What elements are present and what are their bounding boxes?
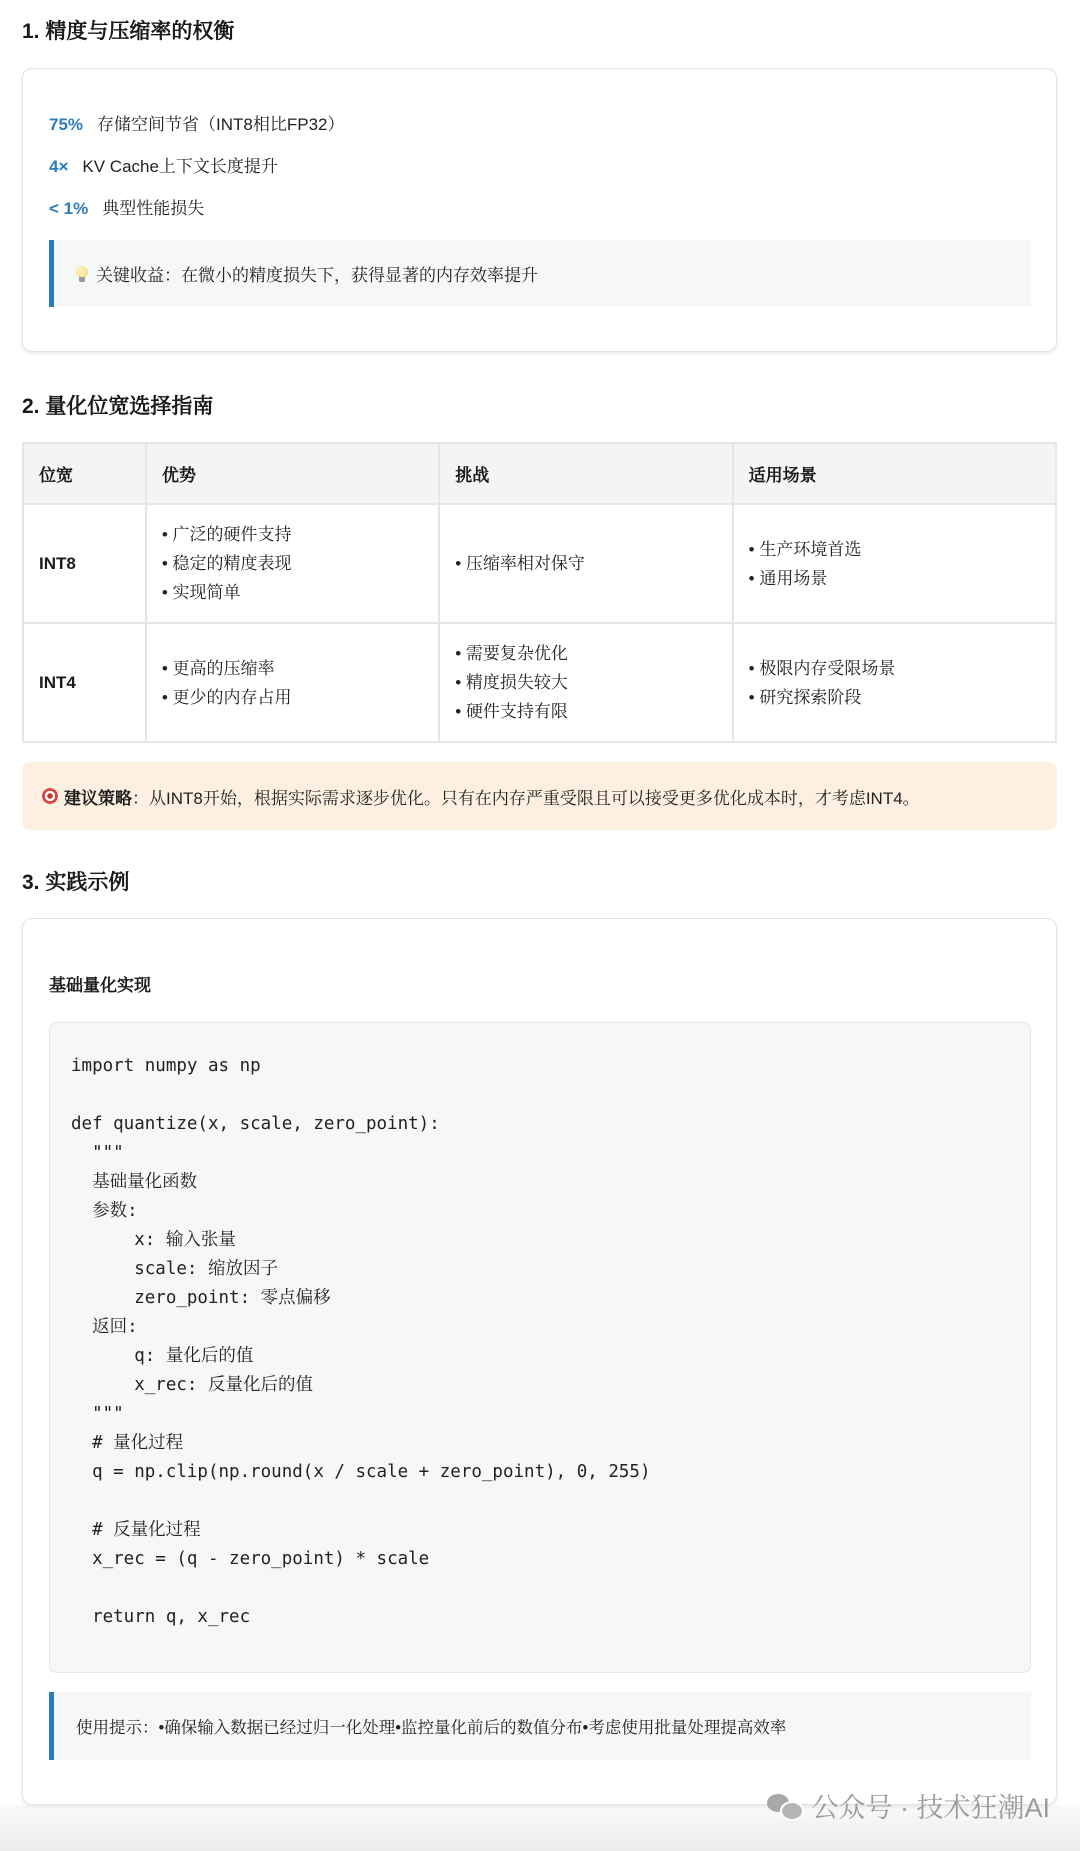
key-benefit-callout: 关键收益：在微小的精度损失下，获得显著的内存效率提升 [49,240,1031,307]
stat-value: 75% [49,115,83,135]
wechat-icon [767,1792,801,1820]
target-icon [42,788,58,804]
column-header: 优势 [146,443,439,504]
stat-value: 4× [49,157,68,177]
list-item: • 更高的压缩率 [162,654,424,683]
list-item: • 精度损失较大 [455,668,717,697]
list-item: • 稳定的精度表现 [162,549,424,578]
scenarios-cell: • 极限内存受限场景 • 研究探索阶段 [733,623,1056,742]
column-header: 适用场景 [733,443,1056,504]
recommendation-text: ：从INT8开始，根据实际需求逐步优化。只有在内存严重受限且可以接受更多优化成本… [132,784,920,809]
code-content: import numpy as np def quantize(x, scale… [50,1023,1030,1632]
lightbulb-icon [76,266,88,282]
section-title-bitwidth-guide: 2. 量化位宽选择指南 [22,390,213,420]
advantages-cell: • 广泛的硬件支持 • 稳定的精度表现 • 实现简单 [146,504,439,623]
example-subtitle: 基础量化实现 [49,971,151,996]
tradeoff-card: 75% 存储空间节省（INT8相比FP32） 4× KV Cache上下文长度提… [22,68,1057,352]
stat-label: KV Cache上下文长度提升 [82,152,278,177]
watermark: 公众号 · 技术狂潮AI [767,1786,1050,1825]
tip-text: 使用提示：•确保输入数据已经过归一化处理•监控量化前后的数值分布•考虑使用批量处… [76,1714,786,1738]
stat-value: < 1% [49,199,88,219]
practice-card: 基础量化实现 import numpy as np def quantize(x… [22,918,1057,1805]
list-item: • 硬件支持有限 [455,697,717,726]
section-title-practice: 3. 实践示例 [22,866,129,896]
list-item: • 研究探索阶段 [749,683,1041,712]
list-item: • 压缩率相对保守 [455,549,717,578]
advantages-cell: • 更高的压缩率 • 更少的内存占用 [146,623,439,742]
stat-label: 存储空间节省（INT8相比FP32） [97,110,344,135]
list-item: • 广泛的硬件支持 [162,520,424,549]
bitwidth-table: 位宽 优势 挑战 适用场景 INT8 • 广泛的硬件支持 • 稳定的精度表现 •… [22,442,1057,743]
section-title-tradeoff: 1. 精度与压缩率的权衡 [22,15,234,45]
stat-kv-cache: 4× KV Cache上下文长度提升 [49,152,278,177]
list-item: • 生产环境首选 [749,535,1041,564]
list-item: • 极限内存受限场景 [749,654,1041,683]
callout-text: 关键收益：在微小的精度损失下，获得显著的内存效率提升 [96,261,538,286]
stat-perf-loss: < 1% 典型性能损失 [49,194,204,219]
column-header: 挑战 [439,443,732,504]
recommendation-box: 建议策略 ：从INT8开始，根据实际需求逐步优化。只有在内存严重受限且可以接受更… [22,762,1057,830]
code-block[interactable]: import numpy as np def quantize(x, scale… [49,1022,1031,1673]
table-row: INT4 • 更高的压缩率 • 更少的内存占用 • 需要复杂优化 • 精度损失较… [23,623,1056,742]
bitwidth-cell: INT8 [23,504,146,623]
list-item: • 需要复杂优化 [455,639,717,668]
watermark-text: 公众号 · 技术狂潮AI [811,1786,1050,1825]
stat-label: 典型性能损失 [102,194,204,219]
bitwidth-cell: INT4 [23,623,146,742]
column-header: 位宽 [23,443,146,504]
list-item: • 通用场景 [749,564,1041,593]
list-item: • 更少的内存占用 [162,683,424,712]
usage-tip-callout: 使用提示：•确保输入数据已经过归一化处理•监控量化前后的数值分布•考虑使用批量处… [49,1692,1031,1760]
stat-storage: 75% 存储空间节省（INT8相比FP32） [49,110,345,135]
list-item: • 实现简单 [162,578,424,607]
table-header-row: 位宽 优势 挑战 适用场景 [23,443,1056,504]
table-row: INT8 • 广泛的硬件支持 • 稳定的精度表现 • 实现简单 • 压缩率相对保… [23,504,1056,623]
challenges-cell: • 压缩率相对保守 [439,504,732,623]
recommendation-label: 建议策略 [64,784,132,809]
scenarios-cell: • 生产环境首选 • 通用场景 [733,504,1056,623]
challenges-cell: • 需要复杂优化 • 精度损失较大 • 硬件支持有限 [439,623,732,742]
